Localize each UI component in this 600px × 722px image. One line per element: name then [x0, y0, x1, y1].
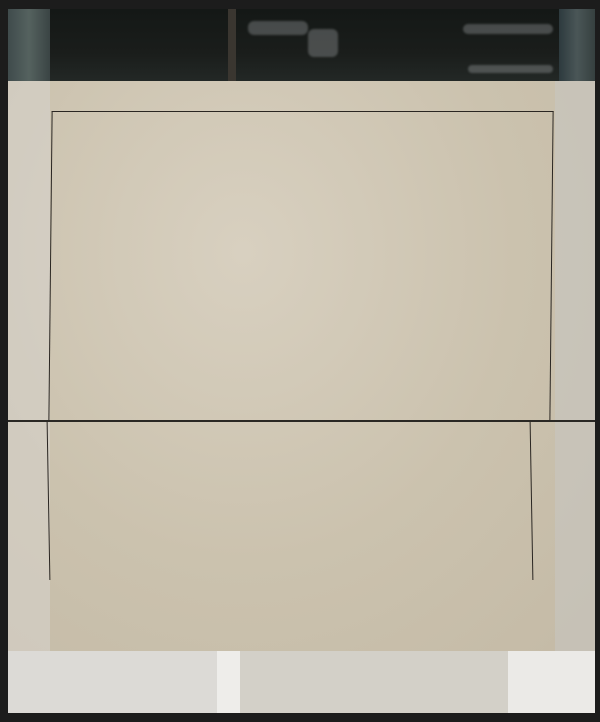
- painting-canvas: [8, 9, 595, 713]
- bottom-block-center: [240, 651, 508, 713]
- bottom-block-right: [508, 651, 595, 713]
- top-left-blue-strip: [8, 9, 50, 82]
- light-streak: [463, 24, 553, 34]
- light-streak: [248, 21, 308, 35]
- left-pale-strip: [8, 81, 50, 651]
- light-streak: [468, 65, 553, 73]
- bottom-block-white-strip: [217, 651, 240, 713]
- bottom-blocks: [8, 651, 595, 713]
- upper-drawn-rectangle: [48, 111, 553, 421]
- beige-field: [8, 81, 595, 651]
- bottom-block-left: [8, 651, 217, 713]
- dark-top-band: [8, 9, 595, 82]
- top-band-divider: [228, 9, 236, 82]
- lower-drawn-rectangle: [47, 422, 534, 580]
- top-right-blue-strip: [559, 9, 595, 82]
- light-streak: [308, 29, 338, 57]
- right-pale-strip: [555, 81, 595, 651]
